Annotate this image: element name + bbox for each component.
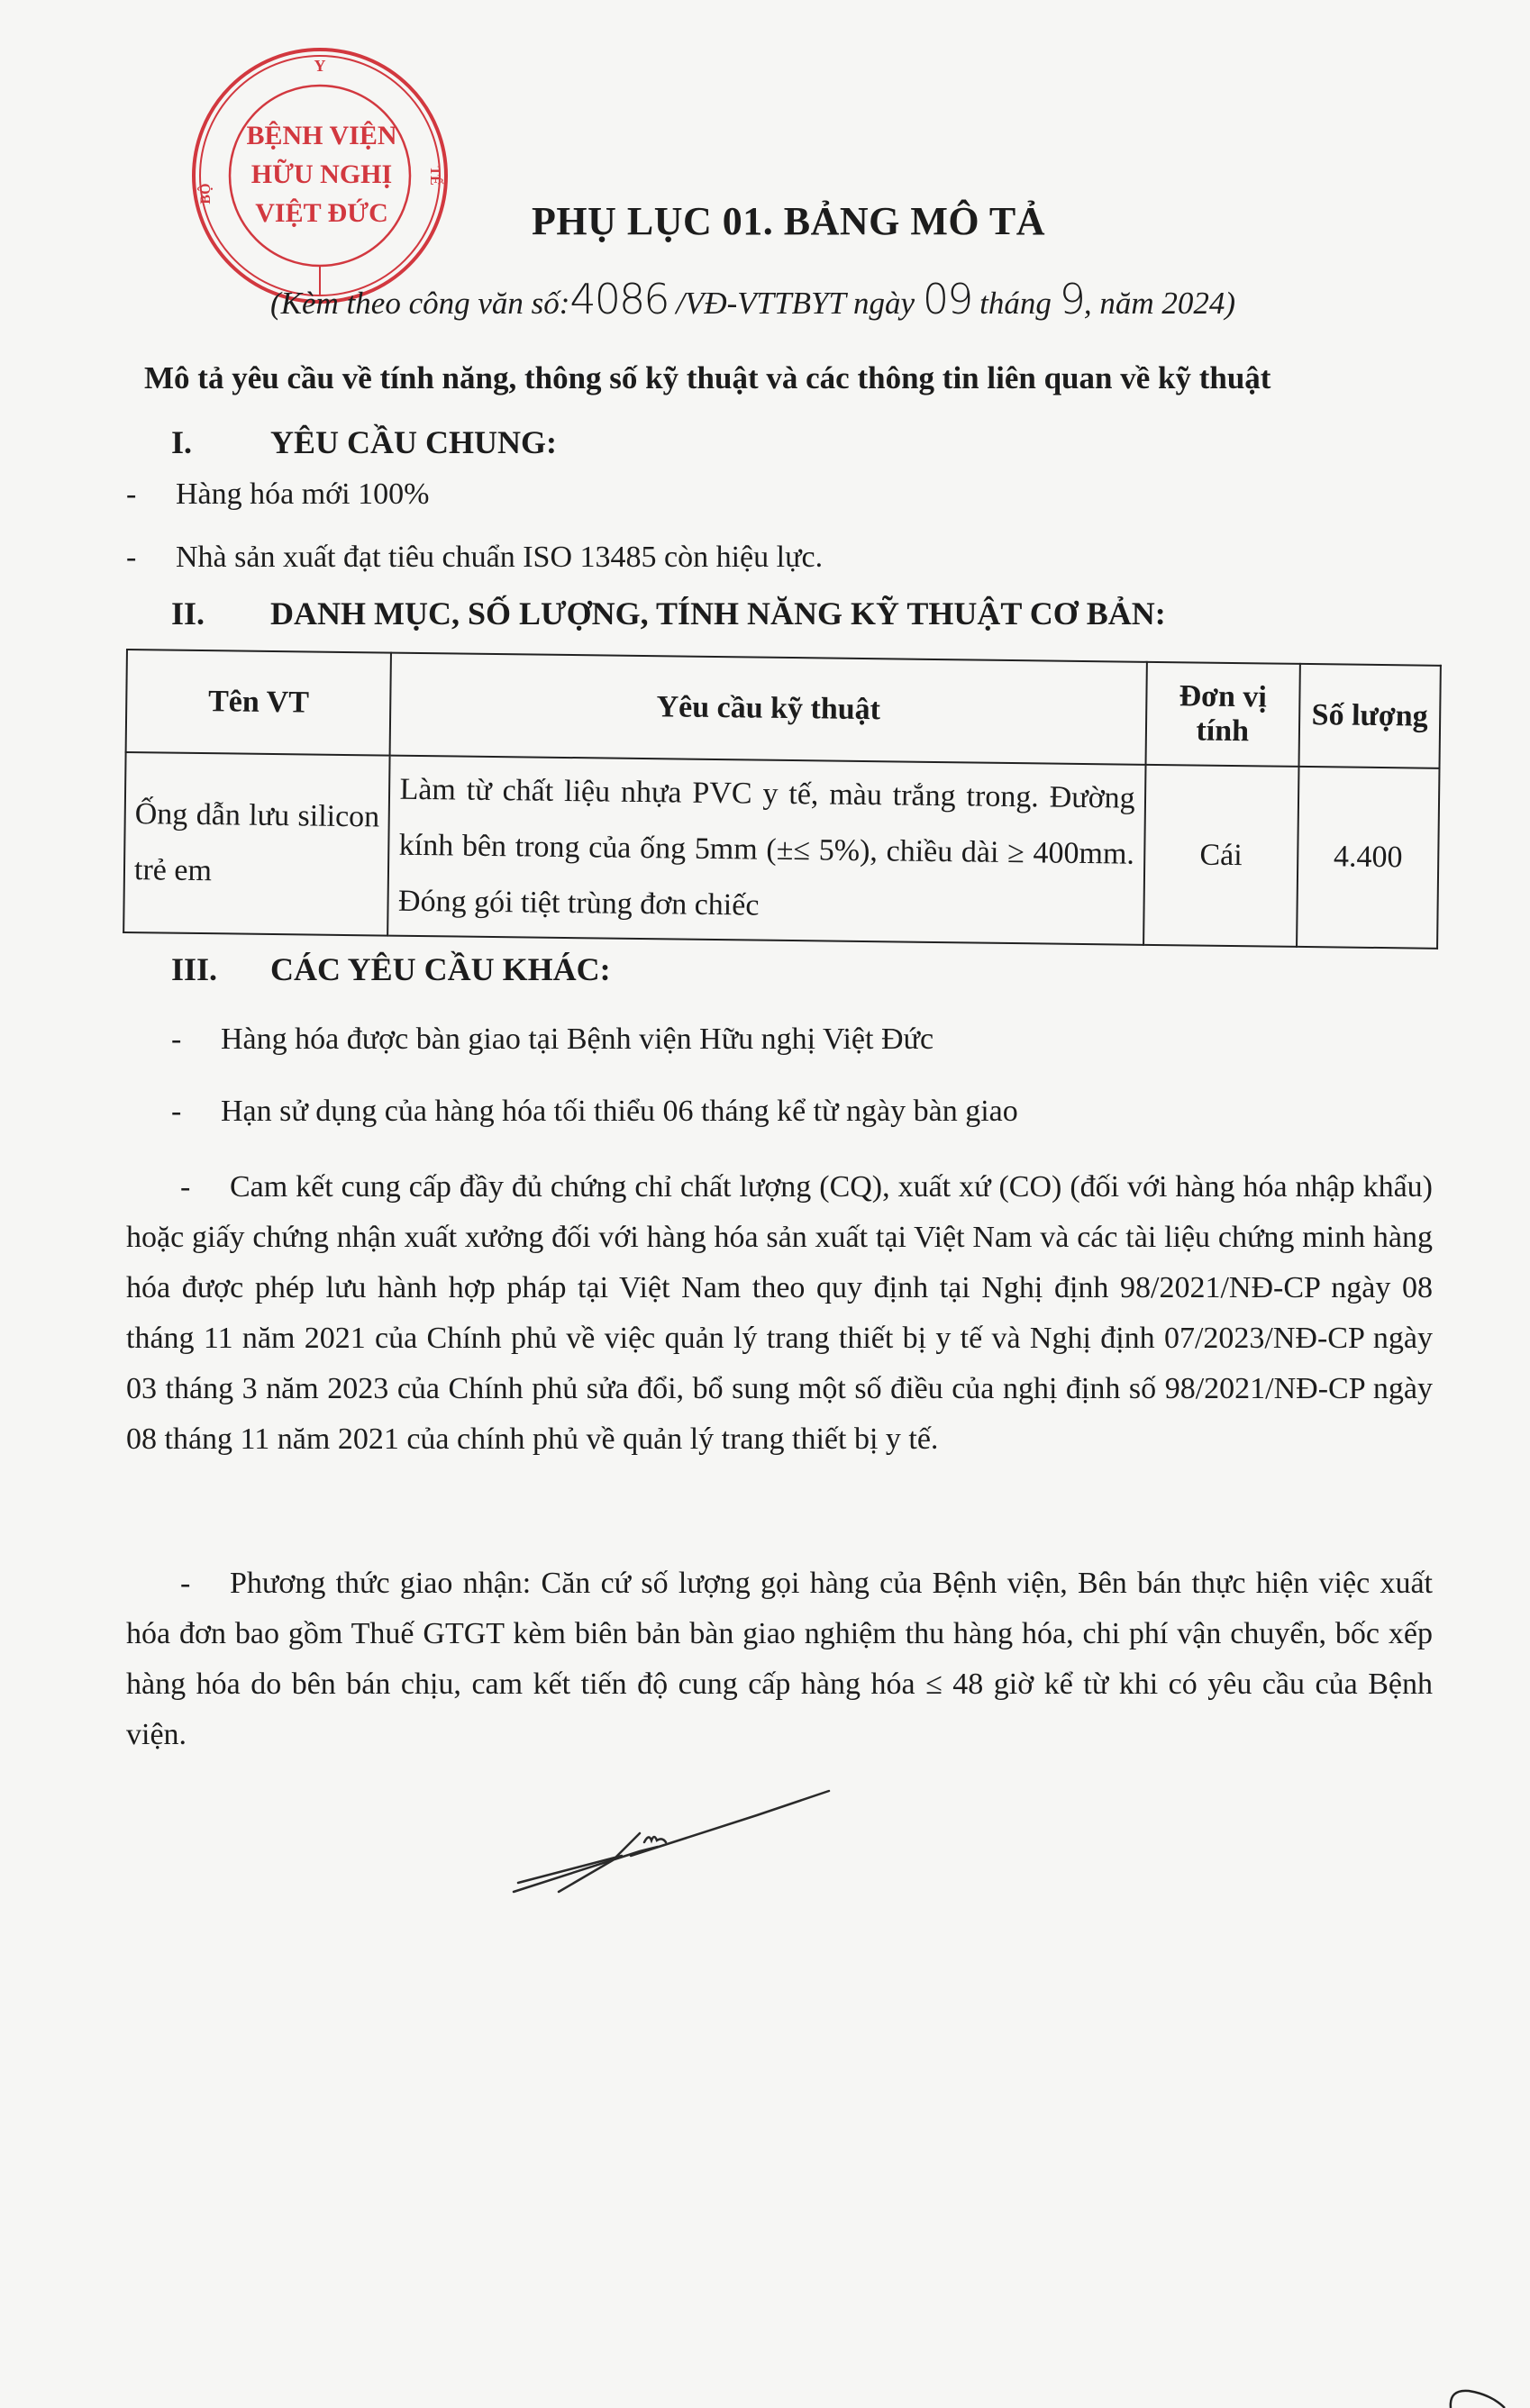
hospital-stamp: Y BỘ TẾ BỆNH VIỆN HỮU NGHỊ VIỆT ĐỨC: [185, 41, 455, 311]
header-unit: Đơn vị tính: [1145, 662, 1300, 767]
section-2-heading: II.DANH MỤC, SỐ LƯỢNG, TÍNH NĂNG KỸ THUẬ…: [171, 595, 1166, 632]
month-label: tháng: [971, 286, 1059, 321]
document-page: Y BỘ TẾ BỆNH VIỆN HỮU NGHỊ VIỆT ĐỨC PHỤ …: [0, 0, 1530, 2408]
handwritten-day: 09: [923, 275, 972, 323]
section-3-number: III.: [171, 950, 270, 988]
cell-quantity: 4.400: [1297, 767, 1439, 949]
cell-item-name: Ống dẫn lưu silicon trẻ em: [123, 752, 390, 936]
cell-unit: Cái: [1143, 765, 1299, 947]
lead-heading: Mô tả yêu cầu về tính năng, thông số kỹ …: [144, 360, 1270, 396]
section-2-number: II.: [171, 595, 270, 632]
stamp-right-letter: TẾ: [427, 166, 444, 185]
list-item: -Hàng hóa được bàn giao tại Bệnh viện Hữ…: [171, 1022, 933, 1057]
header-technical-requirements: Yêu cầu kỹ thuật: [390, 653, 1147, 765]
paragraph-delivery-method: -Phương thức giao nhận: Căn cứ số lượng …: [126, 1558, 1433, 1760]
section-1-title: YÊU CẦU CHUNG:: [270, 424, 557, 460]
handwritten-doc-number: 4086: [569, 275, 668, 323]
document-subtitle: (Kèm theo công văn số:4086 /VĐ-VTTBYT ng…: [270, 275, 1235, 323]
list-item: -Hạn sử dụng của hàng hóa tối thiểu 06 t…: [171, 1095, 1018, 1129]
table-header-row: Tên VT Yêu cầu kỹ thuật Đơn vị tính Số l…: [126, 650, 1441, 768]
stamp-line-3: VIỆT ĐỨC: [255, 198, 388, 228]
stamp-line-2: HỮU NGHỊ: [251, 159, 392, 189]
section-3-heading: III.CÁC YÊU CẦU KHÁC:: [171, 950, 611, 988]
subtitle-mid: /VĐ-VTTBYT ngày: [669, 286, 923, 321]
section-3-title: CÁC YÊU CẦU KHÁC:: [270, 951, 611, 987]
signature: [487, 1757, 865, 1910]
table-row: Ống dẫn lưu silicon trẻ em Làm từ chất l…: [123, 752, 1439, 949]
subtitle-prefix: (Kèm theo công văn số:: [270, 286, 569, 321]
stamp-top-letter: Y: [314, 57, 326, 75]
header-item-name: Tên VT: [126, 650, 392, 756]
section-1-number: I.: [171, 423, 270, 461]
section-1-heading: I.YÊU CẦU CHUNG:: [171, 423, 557, 461]
list-item: -Hàng hóa mới 100%: [126, 477, 429, 512]
cell-technical-requirements: Làm từ chất liệu nhựa PVC y tế, màu trắn…: [388, 756, 1146, 945]
stamp-line-1: BỆNH VIỆN: [247, 121, 397, 150]
header-quantity: Số lượng: [1298, 664, 1440, 768]
document-title: PHỤ LỤC 01. BẢNG MÔ TẢ: [532, 198, 1045, 244]
section-2-title: DANH MỤC, SỐ LƯỢNG, TÍNH NĂNG KỸ THUẬT C…: [270, 595, 1166, 632]
handwritten-month: 9: [1060, 275, 1084, 323]
paragraph-certification: -Cam kết cung cấp đầy đủ chứng chỉ chất …: [126, 1162, 1433, 1465]
list-item: -Nhà sản xuất đạt tiêu chuẩn ISO 13485 c…: [126, 541, 823, 575]
corner-pen-mark: [1442, 2378, 1530, 2408]
specification-table: Tên VT Yêu cầu kỹ thuật Đơn vị tính Số l…: [123, 649, 1442, 950]
stamp-left-letter: BỘ: [197, 183, 214, 204]
year-label: , năm 2024): [1084, 286, 1235, 321]
